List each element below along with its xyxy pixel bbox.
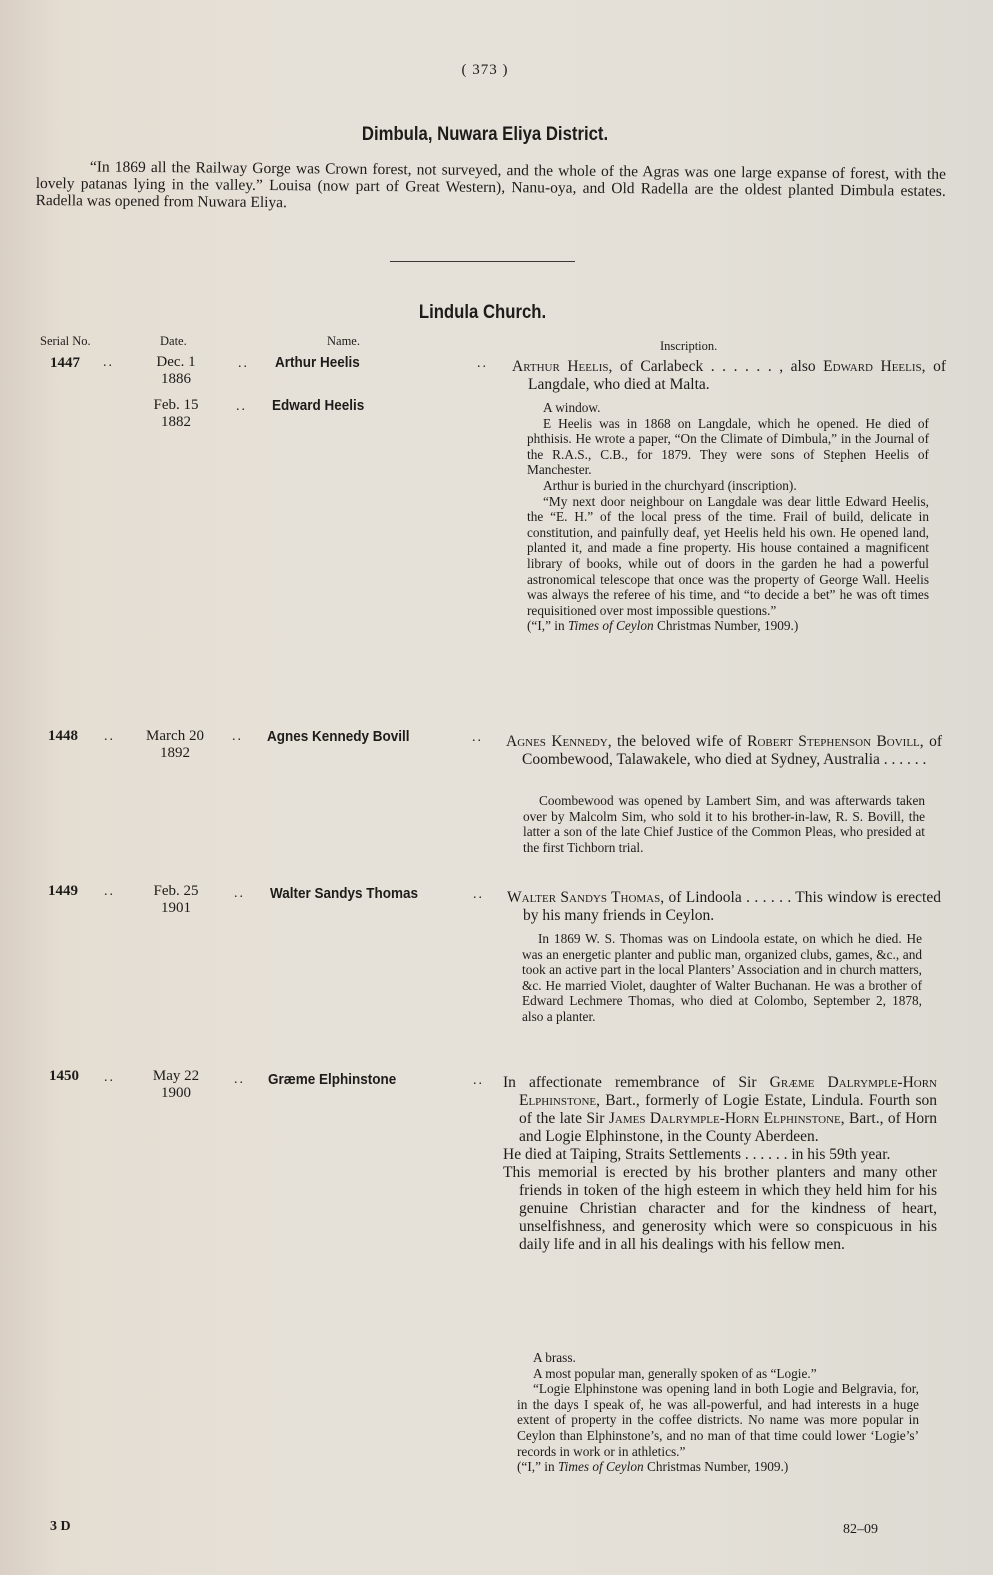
leader-dots: ..: [104, 884, 115, 900]
inscription: Agnes Kennedy, the beloved wife of Rober…: [506, 733, 942, 769]
person-name: Walter Sandys Thomas: [270, 885, 418, 902]
note: “My next door neighbour on Langdale was …: [527, 494, 929, 619]
signature-mark: 3 D: [50, 1519, 71, 1535]
note: Coombewood was opened by Lambert Sim, an…: [523, 793, 925, 855]
notes: In 1869 W. S. Thomas was on Lindoola est…: [522, 931, 922, 1025]
leader-dots: ..: [473, 1073, 484, 1089]
inscription: Walter Sandys Thomas, of Lindoola . . . …: [507, 889, 941, 925]
leader-dots: ..: [234, 1072, 245, 1088]
serial-number: 1450: [49, 1068, 79, 1085]
note: “Logie Elphinstone was opening land in b…: [517, 1381, 919, 1459]
leader-dots: ..: [477, 356, 488, 372]
header-serial: Serial No.: [40, 334, 91, 349]
note: Arthur is buried in the churchyard (insc…: [527, 478, 929, 494]
inscription-line: He died at Taiping, Straits Settlements …: [519, 1146, 937, 1164]
inscription: In affectionate remembrance of Sir Græme…: [503, 1074, 937, 1254]
serial-number: 1447: [50, 355, 80, 372]
leader-dots: ..: [104, 729, 115, 745]
note: A brass.: [517, 1350, 919, 1366]
print-code: 82–09: [843, 1522, 878, 1538]
section-title: Dimbula, Nuwara Eliya District.: [58, 124, 912, 146]
page-number: ( 373 ): [0, 62, 970, 79]
citation: (“I,” in Times of Ceylon Christmas Numbe…: [517, 1459, 919, 1475]
note: A window.: [527, 400, 929, 416]
leader-dots: ..: [104, 1070, 115, 1086]
leader-dots: ..: [236, 399, 247, 415]
header-name: Name.: [327, 334, 360, 349]
note: In 1869 W. S. Thomas was on Lindoola est…: [522, 931, 922, 1025]
header-date: Date.: [160, 334, 187, 349]
person-name: Græme Elphinstone: [268, 1071, 396, 1088]
serial-number: 1448: [48, 728, 78, 745]
notes: A window. E Heelis was in 1868 on Langda…: [527, 400, 929, 634]
leader-dots: ..: [473, 887, 484, 903]
leader-dots: ..: [234, 886, 245, 902]
leader-dots: ..: [103, 355, 114, 371]
date: May 22 1900: [136, 1068, 216, 1102]
citation: (“I,” in Times of Ceylon Christmas Numbe…: [527, 618, 929, 634]
church-title: Lindula Church.: [58, 302, 907, 324]
note: E Heelis was in 1868 on Langdale, which …: [527, 416, 929, 478]
leader-dots: ..: [238, 356, 249, 372]
date: Dec. 1 1886: [136, 354, 216, 388]
person-name: Arthur Heelis: [275, 354, 360, 371]
person-name: Agnes Kennedy Bovill: [267, 728, 410, 745]
header-inscription: Inscription.: [660, 339, 717, 354]
document-page: ( 373 ) Dimbula, Nuwara Eliya District. …: [0, 0, 993, 1575]
leader-dots: ..: [232, 729, 243, 745]
section-divider: [390, 261, 575, 262]
notes: A brass. A most popular man, generally s…: [517, 1350, 919, 1475]
date: Feb. 25 1901: [136, 883, 216, 917]
date: March 20 1892: [135, 728, 215, 762]
notes: Coombewood was opened by Lambert Sim, an…: [523, 793, 925, 855]
intro-paragraph: “In 1869 all the Railway Gorge was Crown…: [36, 158, 946, 217]
serial-number: 1449: [48, 883, 78, 900]
inscription-line: This memorial is erected by his brother …: [519, 1164, 937, 1254]
person-name: Edward Heelis: [272, 397, 364, 414]
date: Feb. 15 1882: [136, 397, 216, 431]
leader-dots: ..: [472, 730, 483, 746]
inscription: Arthur Heelis, of Carlabeck . . . . . . …: [512, 358, 946, 394]
note: A most popular man, generally spoken of …: [517, 1366, 919, 1382]
